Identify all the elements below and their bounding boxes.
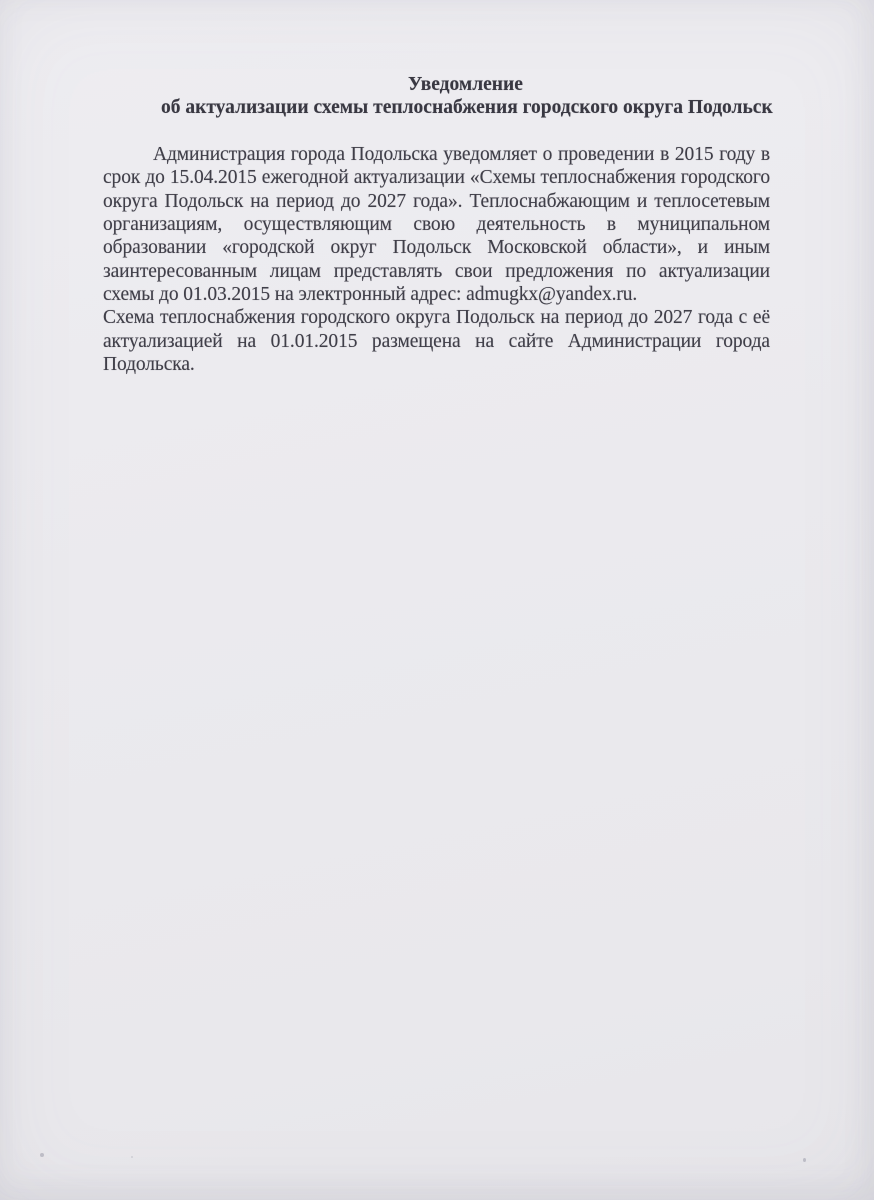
scanned-document-page: Уведомление об актуализации схемы теплос… [0, 0, 874, 1200]
scan-speck [40, 1153, 44, 1157]
paragraph-scheme-placement: Схема теплоснабжения городского округа П… [103, 306, 770, 376]
document-title: Уведомление [161, 73, 770, 96]
scan-speck [803, 1158, 806, 1162]
document-subtitle: об актуализации схемы теплоснабжения гор… [161, 96, 770, 119]
scan-speck [131, 1156, 133, 1158]
paragraph-actualization-notice: Администрация города Подольска уведомляе… [103, 143, 770, 306]
document-body: Администрация города Подольска уведомляе… [103, 143, 770, 376]
document-heading: Уведомление об актуализации схемы теплос… [103, 73, 770, 120]
